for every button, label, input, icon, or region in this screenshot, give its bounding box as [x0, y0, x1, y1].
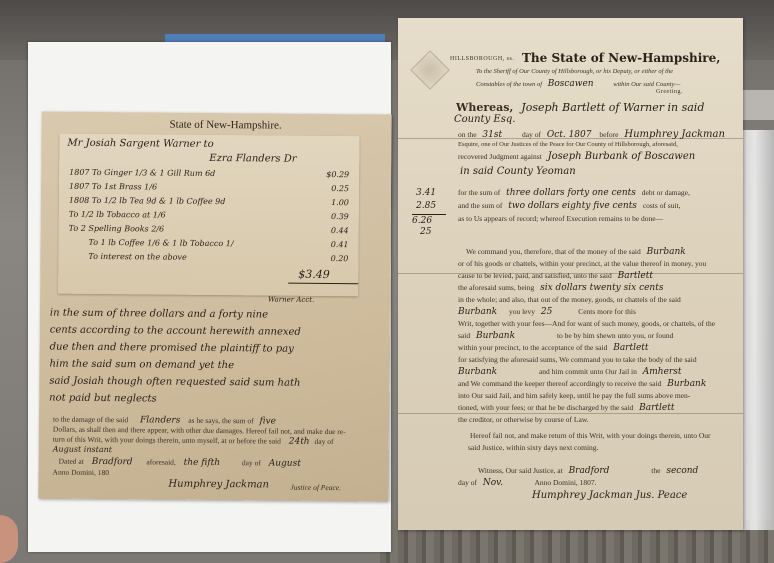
total-underline: [288, 283, 358, 285]
command-line: into Our said Jail, and him safely keep,…: [458, 391, 690, 400]
command-line: Burbank and him commit unto Our Jail in …: [458, 367, 681, 378]
address-line-1: To the Sheriff of Our County of Hillsbor…: [476, 68, 673, 76]
receipt-entry: To interest on the above 0.20: [88, 252, 358, 263]
left-heading: State of New-Hampshire.: [170, 119, 282, 132]
receipt-entry: 1808 To 1/2 lb Tea 9d & 1 lb Coffee 9d 1…: [69, 196, 359, 208]
witness-line: Witness, Our said Justice, at Bradford t…: [478, 466, 698, 477]
body-line: cents according to the account herewith …: [50, 325, 301, 338]
command-line: We command you, therefore, that of the m…: [466, 247, 686, 258]
body-line: said Josiah though often requested said …: [49, 376, 300, 389]
background-shelf: [740, 90, 774, 120]
command-line: Burbank you levy 25 Cents more for this: [458, 307, 636, 318]
right-document-execution: HILLSBOROUGH, ss. The State of New-Hamps…: [398, 18, 743, 530]
margin-sum: 25: [420, 227, 431, 237]
body-line: not paid but neglects: [49, 393, 157, 405]
receipt-entry: 1807 To Ginger 1/3 & 1 Gill Rum 6d $0.29: [69, 168, 359, 180]
justice-signature: Humphrey Jackman: [168, 479, 269, 491]
command-line: the creditor, or otherwise by course of …: [458, 415, 589, 424]
margin-sum: 2.85: [416, 201, 436, 211]
receipt-entry: To 1/2 lb Tobacco at 1/6 0.39: [69, 210, 359, 222]
attached-account-receipt: Mr Josiah Sargent Warner to Ezra Flander…: [58, 134, 359, 297]
receipt-entry: To 2 Spelling Books 2/6 0.44: [69, 224, 359, 236]
command-line: and We command the keeper thereof accord…: [458, 379, 706, 390]
command-line: Writ, together with your fees—And for wa…: [458, 319, 715, 328]
body-line: due then and there promised the plaintif…: [50, 342, 294, 355]
sum-line-2: and the sum of two dollars eighty five c…: [458, 201, 681, 212]
receipt-creditor: Ezra Flanders Dr: [209, 153, 296, 165]
witness-date-line: day of Nov. Anno Domini, 1807.: [458, 478, 597, 489]
receipt-entry: 1807 To 1st Brass 1/6 0.25: [69, 182, 359, 194]
justice-signature: Humphrey Jackman Jus. Peace: [532, 490, 687, 501]
plaintiff-cont: County Esq.: [454, 114, 515, 125]
receipt-total: $3.49: [298, 268, 330, 281]
right-heading: The State of New-Hampshire,: [522, 51, 720, 65]
return-note: August instant: [53, 445, 112, 455]
receipt-entry: To 1 lb Coffee 1/6 & 1 lb Tobacco 1/ 0.4…: [89, 238, 359, 249]
body-line: in the sum of three dollars and a forty …: [50, 308, 268, 321]
command-line: cause to be levied, paid, and satisfied,…: [458, 271, 653, 282]
fail-not-line-2: said Justice, within sixty days next com…: [468, 443, 598, 452]
command-line: tioned, with your fees; or that he be di…: [458, 403, 674, 414]
command-line: for satisfying the aforesaid sums, We co…: [458, 355, 697, 364]
record-line: as to Us appears of record; whereof Exec…: [458, 214, 663, 223]
command-line: in the whole; and also, that out of the …: [458, 295, 681, 304]
margin-sum-rule: [412, 214, 446, 215]
receipt-signature: Warner Acct.: [268, 295, 314, 303]
anno-line: Anno Domini, 180: [53, 468, 110, 478]
county-label: HILLSBOROUGH, ss.: [450, 56, 514, 64]
justice-title: Justice of Peace.: [290, 483, 341, 493]
command-line: within your precinct, to the acceptance …: [458, 343, 649, 354]
command-line: the aforesaid sums, being six dollars tw…: [458, 283, 663, 294]
left-document-writ: State of New-Hampshire. Mr Josiah Sargen…: [38, 111, 391, 501]
fail-not-line: Hereof fail not, and make return of this…: [470, 431, 711, 440]
address-line-2: Constables of the town of Boscawen withi…: [476, 79, 680, 90]
embossed-seal: [410, 50, 450, 90]
justice-line: Esquire, one of Our Justices of the Peac…: [458, 141, 678, 149]
command-line: or of his goods or chattels, within your…: [458, 259, 706, 268]
date-line: on the 31st day of Oct. 1807 before Hump…: [458, 129, 725, 142]
margin-sum-total: 6.26: [412, 216, 432, 226]
receipt-title: Mr Josiah Sargent Warner to: [67, 138, 213, 150]
finger: [0, 515, 18, 563]
recovered-line: recovered Judgment against Joseph Burban…: [458, 151, 695, 164]
sum-line-1: for the sum of three dollars forty one c…: [458, 188, 690, 199]
greeting: Greeting.: [656, 89, 683, 97]
command-line: said Burbank to be by him shewn unto you…: [458, 331, 673, 342]
body-line: him the said sum on demand yet the: [49, 359, 234, 372]
margin-sum: 3.41: [416, 188, 436, 198]
defendant-cont: in said County Yeoman: [460, 166, 576, 177]
